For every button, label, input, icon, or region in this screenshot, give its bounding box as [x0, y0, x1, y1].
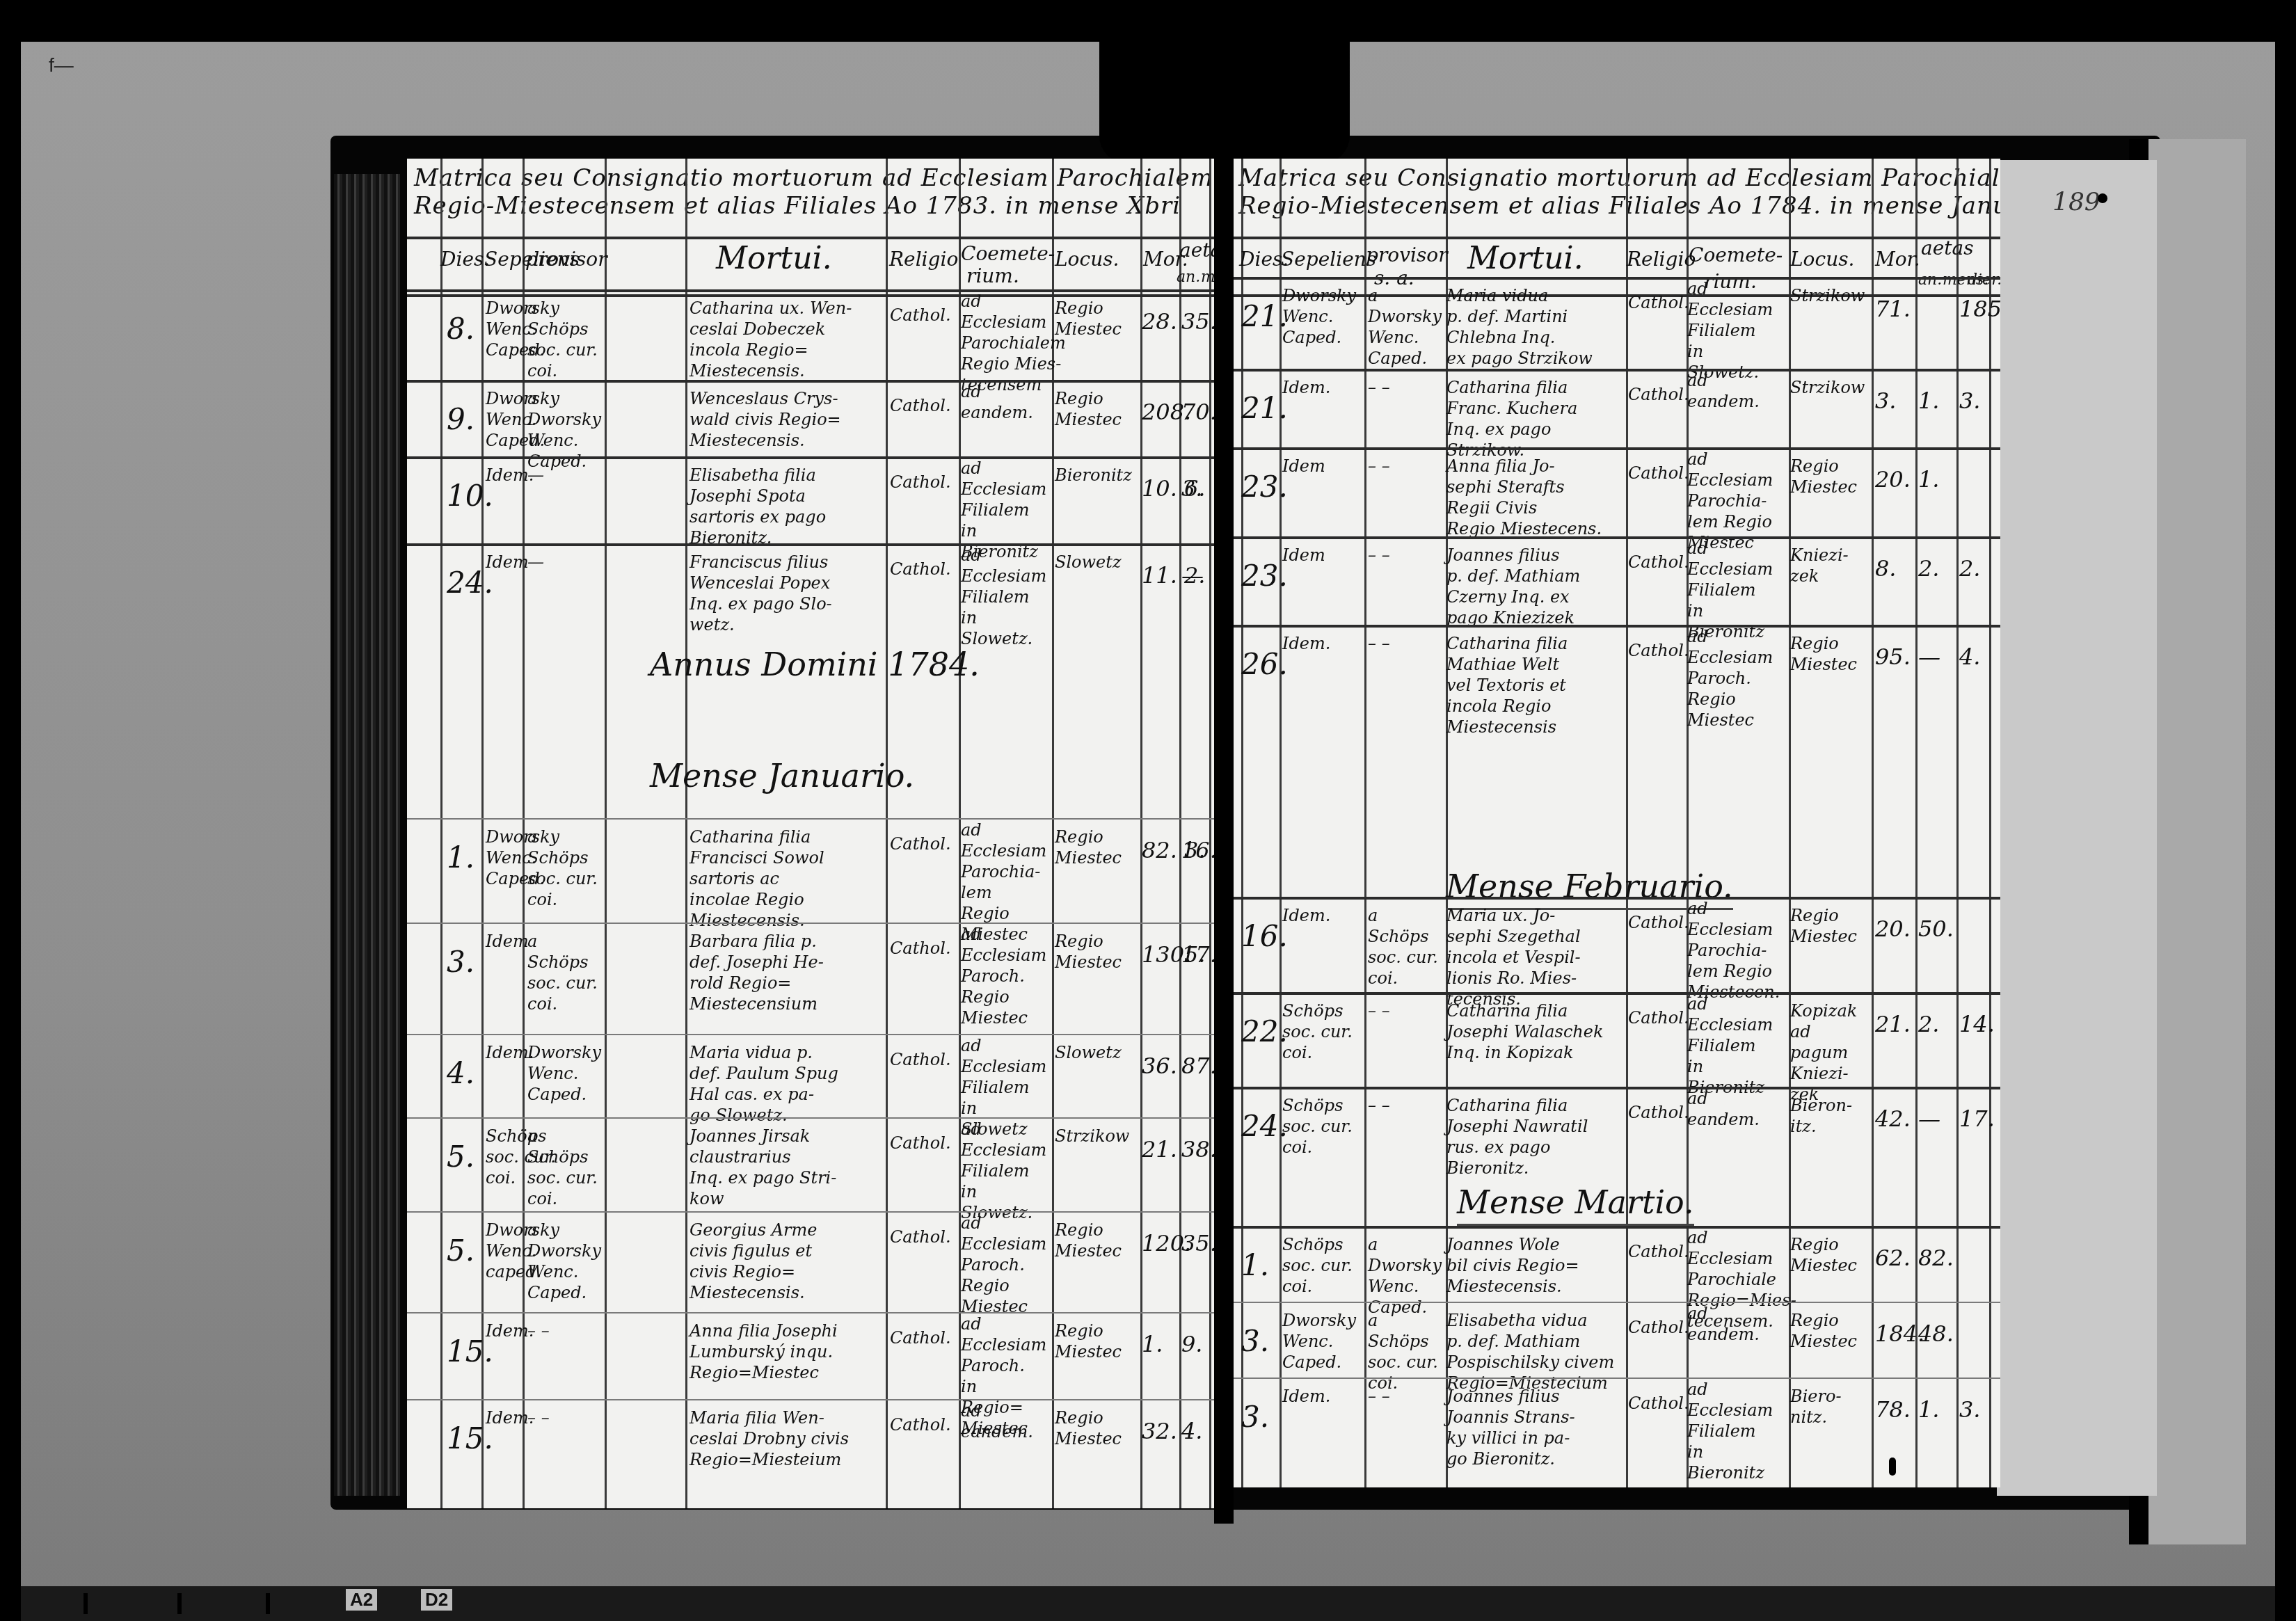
entry-age-years: 11.	[1142, 562, 1177, 589]
film-tick	[83, 1593, 88, 1614]
entry-provisor: —	[527, 552, 544, 573]
entry-age-months: 2.	[1918, 1011, 1940, 1037]
entry-religion: Cathol.	[890, 833, 951, 854]
entry-sepeliens: Schöps soc. cur. coi.	[1282, 1000, 1353, 1063]
entry-age-years: 8.	[1875, 555, 1897, 582]
title-line-2: Regio-Miestecensem et alias Filiales Ao …	[1238, 192, 1986, 220]
column-header: Coemete-	[1689, 243, 1783, 266]
entry-deceased: Anna filia Jo- sephi Sterafts Regii Civi…	[1446, 456, 1602, 539]
row-rule	[1231, 897, 2000, 900]
entry-religion: Cathol.	[890, 1414, 951, 1435]
row-rule	[1231, 625, 2000, 628]
entry-age-days: 2.	[1959, 555, 1981, 582]
entry-age-months: 87.	[1181, 1053, 1217, 1079]
row-rule	[1231, 1226, 2000, 1229]
entry-provisor: a Dworsky Wenc. Caped.	[1368, 285, 1442, 369]
entry-day: 9.	[447, 402, 475, 436]
right-page: Matrica seu Consignatio mortuorum ad Ecc…	[1231, 159, 2000, 1487]
entry-deceased: Maria filia Wen- ceslai Drobny civis Reg…	[689, 1407, 849, 1470]
entry-sepeliens: Idem.	[1282, 905, 1330, 926]
column-header: Mortui.	[716, 241, 832, 276]
column-header: rium.	[966, 264, 1019, 287]
entry-age-years: 20.	[1875, 916, 1911, 942]
row-rule	[407, 543, 1218, 546]
entry-place: Strzikow	[1790, 377, 1865, 398]
entry-provisor: a Schöps soc. cur. coi.	[527, 827, 598, 910]
entry-day: 21.	[1241, 299, 1288, 333]
entry-age-months: 2.	[1918, 555, 1940, 582]
entry-place: Regio Miestec	[1790, 1310, 1857, 1352]
entry-cemetery: ad eandem.	[961, 381, 1033, 423]
row-rule	[407, 818, 1218, 820]
column-rule	[1364, 159, 1366, 1487]
column-rule	[481, 159, 484, 1508]
section-heading: Mense Martio.	[1457, 1183, 1694, 1226]
film-label-a2: A2	[346, 1589, 377, 1611]
entry-age-years: 1.	[1142, 1331, 1163, 1357]
entry-age-years: 78.	[1875, 1396, 1911, 1423]
entry-deceased: Joannes Jirsak claustrarius Inq. ex pago…	[689, 1126, 836, 1209]
entry-day: 3.	[447, 945, 475, 979]
entry-deceased: Catharina filia Josephi Walaschek Inq. i…	[1446, 1000, 1604, 1063]
film-label-d2: D2	[421, 1589, 452, 1611]
title-rule	[1231, 237, 2000, 239]
entry-deceased: Wenceslaus Crys- wald civis Regio= Miest…	[689, 388, 841, 451]
entry-day: 1.	[447, 840, 475, 875]
entry-provisor: a Dworsky Wenc. Caped.	[1368, 1234, 1442, 1318]
entry-age-months: 82.	[1918, 1245, 1954, 1271]
entry-place: Regio Miestec	[1055, 298, 1122, 340]
row-rule	[1231, 992, 2000, 995]
entry-place: Strzikow	[1790, 285, 1865, 306]
column-header: aetas	[1179, 239, 1218, 262]
column-rule	[1209, 159, 1211, 1508]
entry-cemetery: ad Ecclesiam Filialem in Bieronitz	[1687, 1379, 1773, 1483]
entry-provisor: a Dworsky Wenc. Caped.	[527, 1220, 601, 1303]
entry-place: Regio Miestec	[1790, 905, 1857, 947]
column-rule	[1279, 159, 1282, 1487]
entry-age-months: 48.	[1918, 1320, 1954, 1347]
entry-deceased: Elisabetha vidua p. def. Mathiam Pospisc…	[1446, 1310, 1614, 1394]
entry-religion: Cathol.	[1628, 384, 1689, 405]
entry-deceased: Maria vidua p. def. Martini Chlebna Inq.…	[1446, 285, 1593, 369]
entry-age-days: 14.	[1959, 1011, 1995, 1037]
column-header: Sepeliens	[1281, 248, 1376, 271]
row-rule	[1231, 536, 2000, 539]
row-rule	[1231, 447, 2000, 450]
entry-cemetery: ad eandem.	[961, 1400, 1033, 1442]
entry-sepeliens: Dworsky Wenc. Caped.	[1282, 1310, 1356, 1373]
book-gutter	[1214, 104, 1234, 1524]
entry-cemetery: ad Ecclesiam Parochia- lem Regio Miestec…	[1687, 898, 1780, 1003]
entry-age-months: 4.	[1181, 1418, 1203, 1444]
entry-provisor: – –	[1368, 377, 1390, 398]
entry-sepeliens: Schöps soc. cur. coi.	[1282, 1234, 1353, 1297]
row-rule	[407, 1034, 1218, 1035]
entry-deceased: Catharina filia Mathiae Welt vel Textori…	[1446, 633, 1568, 737]
entry-religion: Cathol.	[1628, 1393, 1689, 1414]
entry-religion: Cathol.	[890, 1227, 951, 1247]
entry-age-months: 1.	[1918, 388, 1940, 414]
entry-age-days: 3.	[1959, 388, 1981, 414]
entry-deceased: Catharina ux. Wen- ceslai Dobeczek incol…	[689, 298, 852, 381]
entry-age-months: 1.	[1918, 1396, 1940, 1423]
page-margin-flap	[1997, 160, 2157, 1496]
entry-religion: Cathol.	[1628, 1317, 1689, 1338]
entry-sepeliens: Idem.	[1282, 1386, 1330, 1407]
entry-cemetery: ad Ecclesiam Paroch. Regio Miestec	[1687, 626, 1773, 730]
entry-cemetery: ad eandem.	[1687, 1303, 1760, 1345]
entry-place: Slowetz	[1055, 552, 1122, 573]
entry-provisor: —	[527, 465, 544, 486]
entry-religion: Cathol.	[1628, 640, 1689, 661]
entry-cemetery: ad Ecclesiam Paroch. Regio Miestec	[961, 924, 1046, 1028]
entry-religion: Cathol.	[1628, 1102, 1689, 1123]
entry-deceased: Joannes filius p. def. Mathiam Czerny In…	[1446, 545, 1580, 628]
entry-age-years: 36.	[1142, 1053, 1177, 1079]
row-rule	[407, 1399, 1218, 1400]
entry-place: Regio Miestec	[1055, 931, 1122, 973]
entry-sepeliens: Schöps soc. cur. coi.	[1282, 1095, 1353, 1158]
column-rule	[1872, 159, 1874, 1487]
entry-day: 23.	[1241, 470, 1288, 504]
entry-place: Biero- nitz.	[1790, 1386, 1842, 1428]
entry-cemetery: ad eandem.	[1687, 1088, 1760, 1130]
column-header: Locus.	[1055, 248, 1119, 271]
row-rule	[407, 289, 1218, 292]
column-rule	[886, 159, 888, 1508]
entry-deceased: Elisabetha filia Josephi Spota sartoris …	[689, 465, 826, 548]
entry-age-years: 42.	[1875, 1105, 1911, 1132]
row-rule	[1231, 277, 2000, 280]
entry-religion: Cathol.	[890, 1327, 951, 1348]
entry-religion: Cathol.	[890, 938, 951, 959]
row-rule	[407, 456, 1218, 459]
entry-cemetery: ad Ecclesiam Filialem in Slowetz.	[961, 545, 1046, 649]
entry-deceased: Georgius Arme civis figulus et civis Reg…	[689, 1220, 818, 1303]
entry-day: 24.	[1241, 1109, 1288, 1143]
entry-provisor: – –	[1368, 1000, 1390, 1021]
entry-sepeliens: Idem.	[1282, 377, 1330, 398]
column-header: Religio	[1627, 248, 1696, 271]
column-header: provisor	[1366, 243, 1448, 266]
row-rule	[407, 923, 1218, 924]
entry-day: 4.	[447, 1056, 475, 1090]
column-rule	[1179, 159, 1181, 1508]
entry-religion: Cathol.	[1628, 552, 1689, 573]
entry-age-years: 3.	[1875, 388, 1897, 414]
entry-deceased: Joannes filius Joannis Strans- ky villic…	[1446, 1386, 1575, 1469]
entry-deceased: Maria vidua p. def. Paulum Spug Hal cas.…	[689, 1042, 838, 1126]
entry-provisor: Dworsky Wenc. Caped.	[527, 1042, 601, 1105]
row-rule	[407, 1312, 1218, 1313]
entry-provisor: – –	[527, 1407, 550, 1428]
entry-age-days: 3.	[1959, 1396, 1981, 1423]
corner-mark: f—	[49, 54, 74, 77]
age-subheader: an.	[1918, 271, 1942, 289]
title-line-1: Matrica seu Consignatio mortuorum ad Ecc…	[414, 164, 1204, 192]
entry-day: 3.	[1241, 1324, 1269, 1358]
entry-age-years: 20.	[1875, 466, 1911, 493]
entry-cemetery: ad Ecclesiam Filialem in Slowetz.	[1687, 278, 1773, 383]
entry-provisor: a Schöps soc. cur. coi.	[527, 1126, 598, 1209]
entry-deceased: Anna filia Josephi Lumburský inqu. Regio…	[689, 1320, 838, 1383]
entry-place: Regio Miestec	[1790, 456, 1857, 497]
column-rule	[1915, 159, 1918, 1487]
left-page: Matrica seu Consignatio mortuorum ad Ecc…	[407, 159, 1218, 1508]
row-rule	[1231, 369, 2000, 372]
column-rule	[1956, 159, 1959, 1487]
entry-age-years: 184.	[1875, 1320, 1924, 1347]
entry-place: Regio Miestec	[1055, 388, 1122, 430]
column-header: Dies.	[440, 248, 490, 271]
age-subheader: an.	[1177, 269, 1200, 286]
entry-age-days: 17.	[1959, 1105, 1995, 1132]
entry-sepeliens: Idem	[486, 931, 529, 952]
entry-place: Regio Miestec	[1790, 1234, 1857, 1276]
right-page-title: Matrica seu Consignatio mortuorum ad Ecc…	[1238, 164, 1986, 220]
entry-provisor: a Schöps soc. cur. coi.	[527, 298, 598, 381]
entry-cemetery: ad Ecclesiam Paroch. Regio Miestec	[961, 1213, 1046, 1317]
entry-provisor: – –	[1368, 545, 1390, 566]
entry-day: 5.	[447, 1140, 475, 1174]
entry-sepeliens: Dworsky Wenc. Caped.	[1282, 285, 1356, 348]
entry-age-years: 21.	[1875, 1011, 1911, 1037]
entry-age-years: 28.	[1142, 308, 1177, 335]
entry-religion: Cathol.	[1628, 1241, 1689, 1262]
entry-provisor: – –	[1368, 1095, 1390, 1116]
entry-cemetery: ad eandem.	[1687, 370, 1760, 412]
column-rule	[685, 159, 687, 1508]
entry-religion: Cathol.	[890, 305, 951, 326]
entry-age-years: 71.	[1875, 296, 1911, 322]
entry-religion: Cathol.	[890, 1133, 951, 1153]
entry-day: 21.	[1241, 391, 1288, 425]
entry-provisor: – –	[527, 1320, 550, 1341]
column-header: aetas	[1921, 237, 1974, 259]
title-line-1: Matrica seu Consignatio mortuorum ad Ecc…	[1238, 164, 1986, 192]
entry-place: Regio Miestec	[1055, 1320, 1122, 1362]
entry-day: 3.	[1241, 1400, 1269, 1434]
section-heading: Mense Januario.	[650, 757, 914, 794]
entry-age-months: 1.	[1918, 466, 1940, 493]
column-rule	[1241, 159, 1243, 1487]
column-rule	[605, 159, 607, 1508]
entry-day: 1.	[1241, 1248, 1269, 1282]
film-tick	[266, 1593, 270, 1614]
header-rule	[407, 294, 1218, 297]
entry-provisor: – –	[1368, 1386, 1390, 1407]
entry-age-months: 9.	[1181, 1331, 1203, 1357]
entry-religion: Cathol.	[890, 472, 951, 493]
entry-age-days: 5.	[1184, 941, 1206, 968]
page-edges	[334, 174, 400, 1496]
entry-age-days: 3.	[1184, 837, 1206, 863]
entry-age-years: 82.	[1142, 837, 1177, 863]
entry-religion: Cathol.	[890, 559, 951, 580]
entry-religion: Cathol.	[890, 1049, 951, 1070]
entry-age-years: 21.	[1142, 1136, 1177, 1163]
entry-age-years: 62.	[1875, 1245, 1911, 1271]
entry-age-days: 6.	[1184, 475, 1206, 502]
ink-blot	[1889, 1458, 1896, 1476]
entry-age-months: —	[1918, 644, 1940, 670]
entry-age-months: 35.	[1181, 1230, 1217, 1256]
entry-sepeliens: Idem	[486, 552, 529, 573]
row-rule	[407, 380, 1218, 383]
column-rule	[1140, 159, 1142, 1508]
entry-provisor: – –	[1368, 456, 1390, 477]
column-rule	[440, 159, 443, 1508]
left-page-title: Matrica seu Consignatio mortuorum ad Ecc…	[414, 164, 1204, 220]
entry-age-months: 38.	[1181, 1136, 1217, 1163]
entry-deceased: Joannes Wole bil civis Regio= Miestecens…	[1446, 1234, 1579, 1297]
entry-age-months: 35.	[1181, 308, 1217, 335]
entry-place: Bieron- itz.	[1790, 1095, 1852, 1137]
title-line-2: Regio-Miestecensem et alias Filiales Ao …	[414, 192, 1204, 220]
entry-age-years: 32.	[1142, 1418, 1177, 1444]
row-rule	[407, 1117, 1218, 1119]
entry-place: Regio Miestec	[1790, 633, 1857, 675]
entry-place: Strzikow	[1055, 1126, 1129, 1147]
entry-age-days: 4.	[1959, 644, 1981, 670]
entry-place: Bieronitz	[1055, 465, 1132, 486]
row-rule	[1231, 1087, 2000, 1089]
row-rule	[1231, 1378, 2000, 1379]
entry-sepeliens: Idem	[1282, 456, 1325, 477]
column-header: Locus.	[1790, 248, 1854, 271]
entry-religion: Cathol.	[1628, 1007, 1689, 1028]
column-rule	[1626, 159, 1628, 1487]
title-rule	[407, 237, 1218, 239]
entry-day: 16.	[1241, 919, 1288, 953]
section-heading: Annus Domini 1784.	[650, 646, 980, 683]
entry-provisor: a Schöps soc. cur. coi.	[1368, 1310, 1438, 1394]
entry-day: 26.	[1241, 647, 1288, 681]
entry-religion: Cathol.	[890, 395, 951, 416]
entry-deceased: Barbara filia p. def. Josephi He- rold R…	[689, 931, 824, 1014]
entry-day: 22.	[1241, 1014, 1288, 1048]
entry-age-years: 95.	[1875, 644, 1911, 670]
entry-day: 23.	[1241, 559, 1288, 593]
entry-age-months: —	[1918, 1105, 1940, 1132]
entry-deceased: Catharina filia Francisci Sowol sartoris…	[689, 827, 824, 931]
column-header: Religio	[889, 248, 958, 271]
entry-place: Slowetz	[1055, 1042, 1122, 1063]
entry-religion: Cathol.	[1628, 463, 1689, 484]
entry-deceased: Franciscus filius Wenceslai Popex Inq. e…	[689, 552, 832, 635]
row-rule	[1231, 1302, 2000, 1303]
column-header: Mor.	[1875, 248, 1920, 271]
entry-religion: Cathol.	[1628, 912, 1689, 933]
entry-religion: Cathol.	[1628, 292, 1689, 313]
column-header: Mortui.	[1467, 241, 1584, 276]
row-rule	[407, 1211, 1218, 1213]
column-header: provisor	[525, 248, 607, 271]
entry-sepeliens: Idem	[1282, 545, 1325, 566]
entry-provisor: a Schöps soc. cur. coi.	[527, 931, 598, 1014]
entry-age-days: 2.	[1184, 562, 1206, 589]
entry-age-days: 185.	[1959, 296, 2000, 322]
entry-sepeliens: Idem.	[1282, 633, 1330, 654]
entry-provisor: – –	[1368, 633, 1390, 654]
entry-age-months: 50.	[1918, 916, 1954, 942]
column-rule	[1989, 159, 1991, 1487]
entry-provisor: a Schöps soc. cur. coi.	[1368, 905, 1438, 989]
entry-place: Regio Miestec	[1055, 1407, 1122, 1449]
column-header: Coemete-	[961, 242, 1055, 265]
entry-cemetery: ad Ecclesiam Filialem in Slowetz.	[961, 1119, 1046, 1223]
entry-place: Regio Miestec	[1055, 827, 1122, 868]
entry-age-years: 10.	[1142, 475, 1177, 502]
folio-number: 189	[2052, 188, 2100, 216]
entry-deceased: Catharina filia Josephi Nawratil rus. ex…	[1446, 1095, 1588, 1179]
entry-provisor: a Dworsky Wenc. Caped.	[527, 388, 601, 472]
entry-day: 5.	[447, 1233, 475, 1268]
ink-dot	[2098, 193, 2107, 203]
entry-day: 8.	[447, 312, 475, 346]
entry-place: Regio Miestec	[1055, 1220, 1122, 1261]
film-tick	[177, 1593, 182, 1614]
entry-age-months: 70.	[1181, 399, 1217, 425]
entry-place: Kniezi- zek	[1790, 545, 1849, 586]
age-subheader: dier.	[1968, 271, 2000, 289]
entry-cemetery: ad Ecclesiam Filialem in Bieronitz	[1687, 993, 1773, 1098]
